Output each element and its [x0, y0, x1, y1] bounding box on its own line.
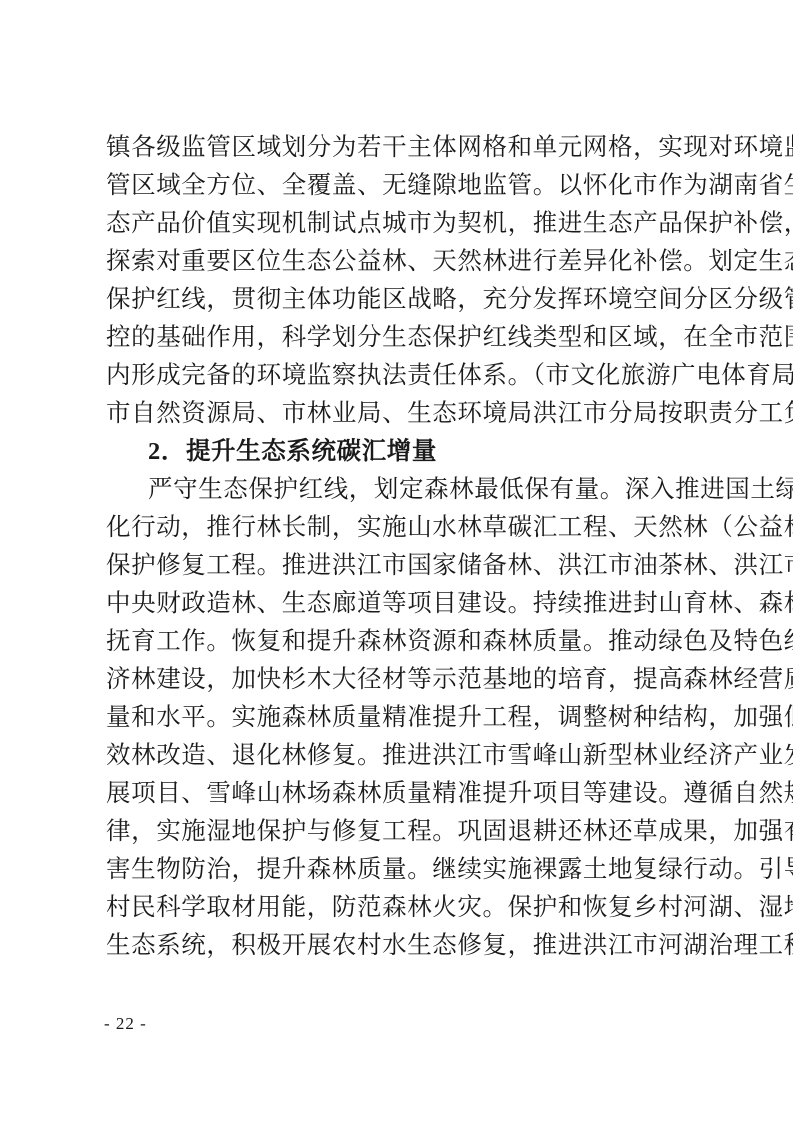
text-line: 保护红线，贯彻主体功能区战略，充分发挥环境空间分区分级管 [106, 280, 699, 318]
text-line: 中央财政造林、生态廊道等项目建设。持续推进封山育林、森林 [106, 584, 699, 622]
text-line: 展项目、雪峰山林场森林质量精准提升项目等建设。遵循自然规 [106, 774, 699, 812]
text-line: 化行动，推行林长制，实施山水林草碳汇工程、天然林（公益林） [106, 508, 699, 546]
page-number: - 22 - [104, 1014, 147, 1034]
text-line: 保护修复工程。推进洪江市国家储备林、洪江市油茶林、洪江市 [106, 546, 699, 584]
text-line: 探索对重要区位生态公益林、天然林进行差异化补偿。划定生态 [106, 242, 699, 280]
text-line: 律，实施湿地保护与修复工程。巩固退耕还林还草成果，加强有 [106, 812, 699, 850]
section-title: 提升生态系统碳汇增量 [186, 436, 437, 465]
text-line: 内形成完备的环境监察执法责任体系。（市文化旅游广电体育局、 [106, 356, 699, 394]
text-line: 控的基础作用，科学划分生态保护红线类型和区域，在全市范围 [106, 318, 699, 356]
text-line: 害生物防治，提升森林质量。继续实施裸露土地复绿行动。引导 [106, 850, 699, 888]
text-line: 镇各级监管区域划分为若干主体网格和单元网格，实现对环境监 [106, 128, 699, 166]
text-line: 生态系统，积极开展农村水生态修复，推进洪江市河湖治理工程、 [106, 926, 699, 964]
text-line: 管区域全方位、全覆盖、无缝隙地监管。以怀化市作为湖南省生 [106, 166, 699, 204]
document-page: 镇各级监管区域划分为若干主体网格和单元网格，实现对环境监 管区域全方位、全覆盖、… [0, 0, 793, 1122]
text-line: 效林改造、退化林修复。推进洪江市雪峰山新型林业经济产业发 [106, 736, 699, 774]
text-line: 市自然资源局、市林业局、生态环境局洪江市分局按职责分工负责） [106, 394, 699, 432]
text-line: 抚育工作。恢复和提升森林资源和森林质量。推动绿色及特色经 [106, 622, 699, 660]
section-heading: 2．提升生态系统碳汇增量 [106, 432, 699, 470]
text-line: 村民科学取材用能，防范森林火灾。保护和恢复乡村河湖、湿地 [106, 888, 699, 926]
text-line: 态产品价值实现机制试点城市为契机，推进生态产品保护补偿， [106, 204, 699, 242]
text-line: 济林建设，加快杉木大径材等示范基地的培育，提高森林经营质 [106, 660, 699, 698]
paragraph-continued: 镇各级监管区域划分为若干主体网格和单元网格，实现对环境监 管区域全方位、全覆盖、… [106, 128, 699, 432]
section-number: 2． [148, 438, 186, 465]
page-body: 镇各级监管区域划分为若干主体网格和单元网格，实现对环境监 管区域全方位、全覆盖、… [106, 128, 699, 964]
text-line: 量和水平。实施森林质量精准提升工程，调整树种结构，加强低 [106, 698, 699, 736]
paragraph-main: 严守生态保护红线，划定森林最低保有量。深入推进国土绿 化行动，推行林长制，实施山… [106, 470, 699, 964]
text-line: 严守生态保护红线，划定森林最低保有量。深入推进国土绿 [106, 470, 699, 508]
